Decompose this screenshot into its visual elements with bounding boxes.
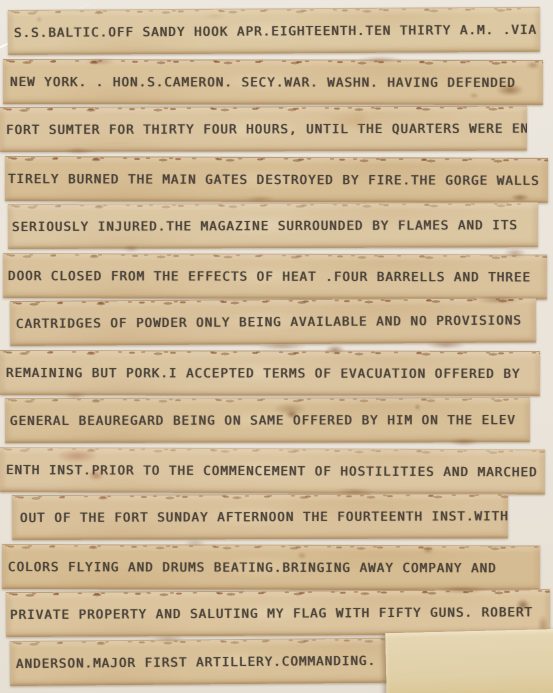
telegram-strip: CARTRIDGES OF POWDER ONLY BEING AVAILABL… <box>10 297 536 346</box>
telegram-strip: NEW YORK. . HON.S.CAMERON. SECY.WAR. WAS… <box>3 59 543 105</box>
telegram-line-text: TIRELY BURNED THE MAIN GATES DESTROYED B… <box>8 171 540 188</box>
telegram-line-text: PRIVATE PROPERTY AND SALUTING MY FLAG WI… <box>10 604 533 622</box>
telegram-line-text: NEW YORK. . HON.S.CAMERON. SECY.WAR. WAS… <box>10 74 516 90</box>
telegram-strip: COLORS FLYING AND DRUMS BEATING.BRINGING… <box>2 544 540 590</box>
telegram-strip: GENERAL BEAUREGARD BEING ON SAME OFFERED… <box>5 397 530 443</box>
telegram-strip: S.S.BALTIC.OFF SANDY HOOK APR.EIGHTEENTH… <box>8 7 540 55</box>
telegram-document: S.S.BALTIC.OFF SANDY HOOK APR.EIGHTEENTH… <box>0 0 553 693</box>
paper-patch <box>385 629 553 693</box>
telegram-strip: FORT SUMTER FOR THIRTY FOUR HOURS, UNTIL… <box>0 106 527 152</box>
telegram-line-text: ENTH INST.PRIOR TO THE COMMENCEMENT OF H… <box>6 462 538 479</box>
telegram-line-text: GENERAL BEAUREGARD BEING ON SAME OFFERED… <box>10 412 516 428</box>
telegram-line-text: ANDERSON.MAJOR FIRST ARTILLERY.COMMANDIN… <box>16 652 376 670</box>
telegram-line-text: REMAINING BUT PORK.I ACCEPTED TERMS OF E… <box>6 365 521 381</box>
telegram-line-text: SERIOUSLY INJURED.THE MAGAZINE SURROUNDE… <box>12 217 518 234</box>
telegram-line-text: CARTRIDGES OF POWDER ONLY BEING AVAILABL… <box>16 312 522 331</box>
telegram-strip: ENTH INST.PRIOR TO THE COMMENCEMENT OF H… <box>0 447 545 494</box>
telegram-strip: TIRELY BURNED THE MAIN GATES DESTROYED B… <box>5 156 548 203</box>
telegram-line-text: OUT OF THE FORT SUNDAY AFTERNOON THE FOU… <box>20 508 508 525</box>
telegram-strip: SERIOUSLY INJURED.THE MAGAZINE SURROUNDE… <box>8 202 538 249</box>
telegram-line-text: FORT SUMTER FOR THIRTY FOUR HOURS, UNTIL… <box>6 121 527 137</box>
telegram-line-text: COLORS FLYING AND DRUMS BEATING.BRINGING… <box>8 559 497 575</box>
telegram-strip: DOOR CLOSED FROM THE EFFECTS OF HEAT .FO… <box>3 253 547 299</box>
telegram-strip: PRIVATE PROPERTY AND SALUTING MY FLAG WI… <box>6 589 550 637</box>
telegram-strip: REMAINING BUT PORK.I ACCEPTED TERMS OF E… <box>0 350 540 396</box>
telegram-strips: S.S.BALTIC.OFF SANDY HOOK APR.EIGHTEENTH… <box>0 10 553 689</box>
telegram-line-text: S.S.BALTIC.OFF SANDY HOOK APR.EIGHTEENTH… <box>14 22 537 40</box>
telegram-strip: OUT OF THE FORT SUNDAY AFTERNOON THE FOU… <box>12 493 508 540</box>
telegram-line-text: DOOR CLOSED FROM THE EFFECTS OF HEAT .FO… <box>8 268 531 284</box>
